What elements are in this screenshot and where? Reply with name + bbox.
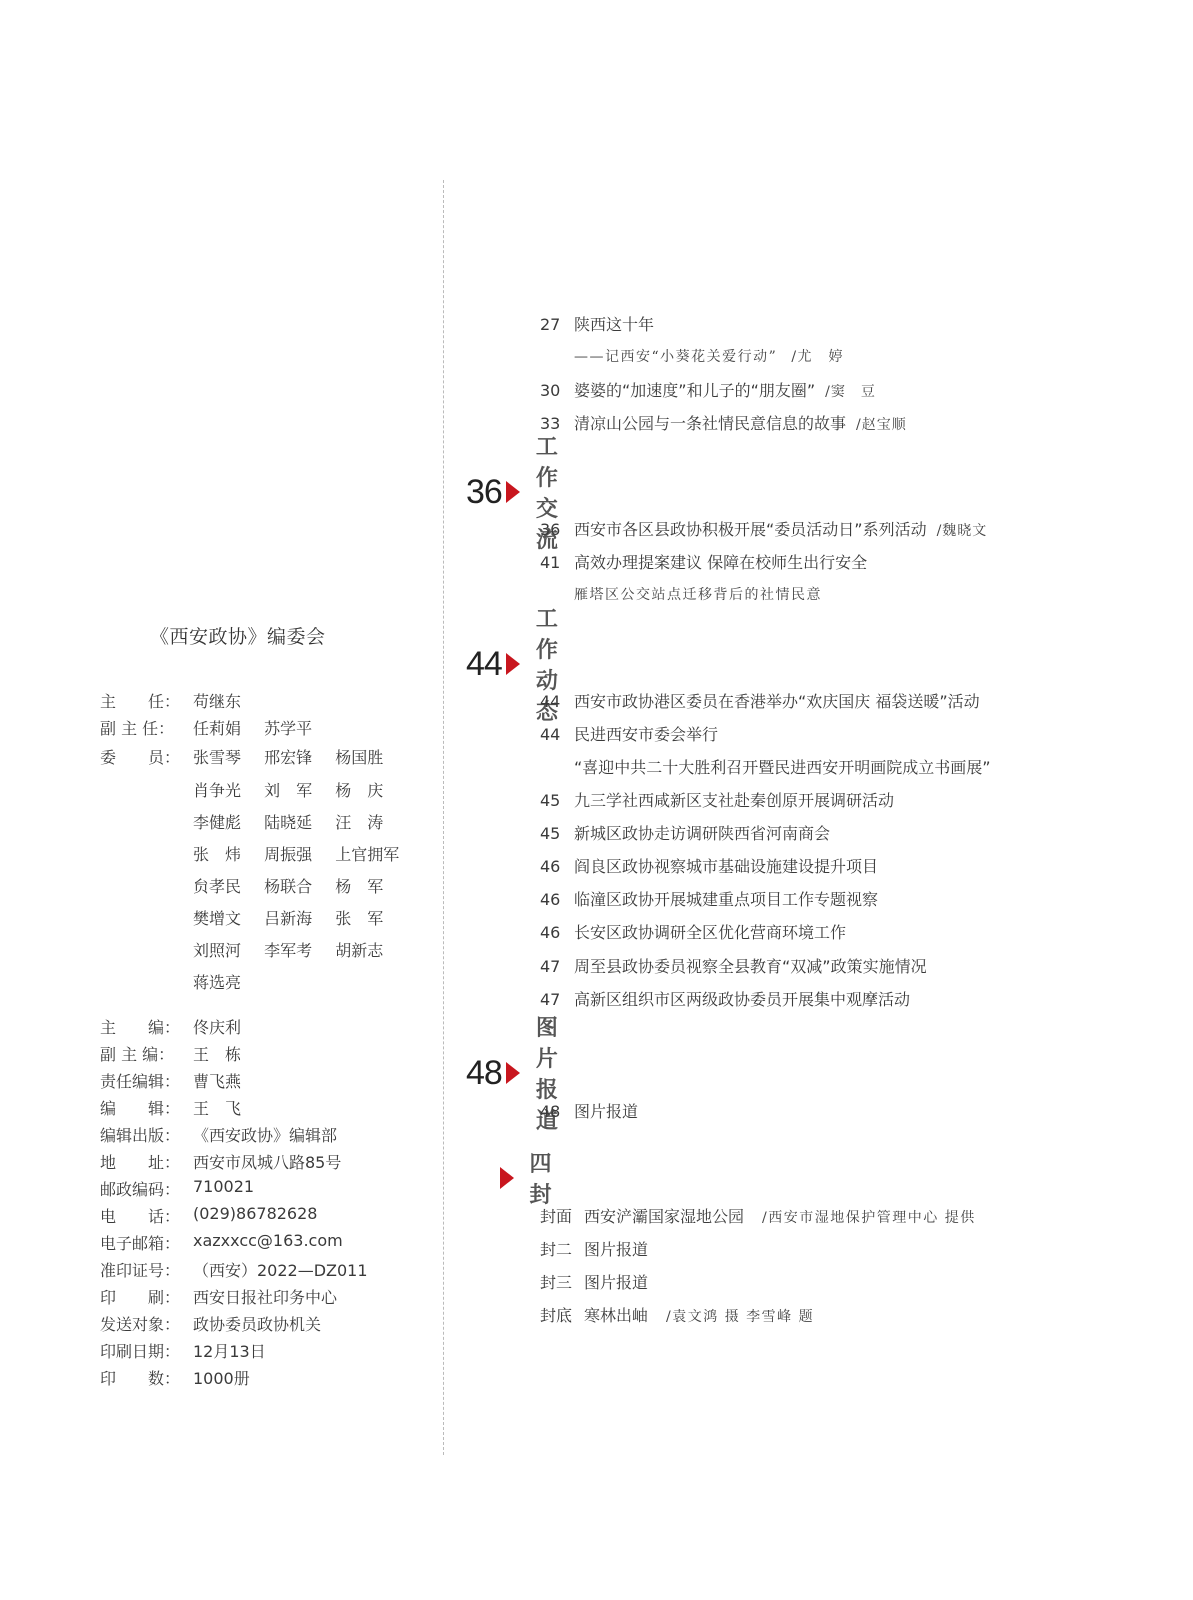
info-value: 《西安政协》编辑部: [193, 1123, 337, 1146]
committee-row: 副 主 任： 任莉娟 苏学平: [100, 716, 330, 739]
info-label: 主 编：: [100, 1015, 193, 1038]
toc-entry[interactable]: 27陕西这十年: [540, 312, 654, 335]
section-header-photo-report[interactable]: 48 图片报道: [466, 1053, 562, 1093]
red-triangle-icon: [506, 653, 520, 675]
page-number: 46: [540, 890, 574, 909]
cover-author: /袁文鸿 摄 李雪峰 题: [666, 1309, 814, 1325]
member-name: 胡新志: [335, 938, 387, 961]
toc-entry[interactable]: 30婆婆的“加速度”和儿子的“朋友圈”/窦 豆: [540, 378, 876, 401]
info-label: 印刷日期：: [100, 1339, 193, 1362]
info-row: 主 编：佟庆利: [100, 1015, 241, 1038]
column-divider: [443, 180, 444, 1455]
member-name: 陆晓延: [264, 810, 316, 833]
subtitle-text: ——记西安“小葵花关爱行动”: [574, 349, 777, 365]
entry-title: 周至县政协委员视察全县教育“双减”政策实施情况: [574, 957, 927, 976]
entry-title: 长安区政协调研全区优化营商环境工作: [574, 923, 846, 942]
cover-entry[interactable]: 封面西安浐灞国家湿地公园/西安市湿地保护管理中心 提供: [540, 1204, 976, 1227]
entry-title: 西安市政协港区委员在香港举办“欢庆国庆 福袋送暖”活动: [574, 692, 980, 711]
info-value: 710021: [193, 1177, 254, 1200]
info-value: 王 栋: [193, 1042, 241, 1065]
toc-entry[interactable]: 46临潼区政协开展城建重点项目工作专题视察: [540, 887, 878, 910]
info-row: 印刷日期：12月13日: [100, 1339, 266, 1362]
member-name: 苏学平: [264, 716, 316, 739]
cover-title: 图片报道: [584, 1273, 648, 1292]
page-number: 46: [540, 857, 574, 876]
committee-row: 李健彪 陆晓延 汪 涛: [100, 810, 401, 833]
committee-row: 刘照河 李军考 胡新志: [100, 938, 401, 961]
toc-entry[interactable]: 47高新区组织市区两级政协委员开展集中观摩活动: [540, 987, 910, 1010]
toc-entry[interactable]: 36西安市各区县政协积极开展“委员活动日”系列活动/魏晓文: [540, 517, 987, 540]
page-number: 48: [540, 1102, 574, 1121]
row-label: 主 任：: [100, 689, 193, 712]
row-label: 副 主 任：: [100, 716, 193, 739]
info-row: 印 数：1000册: [100, 1366, 250, 1389]
toc-entry[interactable]: 45新城区政协走访调研陕西省河南商会: [540, 821, 830, 844]
info-value: 12月13日: [193, 1339, 266, 1362]
entry-author: /魏晓文: [937, 523, 988, 539]
entry-author: /尤 婷: [791, 349, 844, 365]
cover-label: 封二: [540, 1237, 572, 1260]
member-name: 肖争光: [193, 778, 245, 801]
info-row: 副 主 编：王 栋: [100, 1042, 241, 1065]
member-name: 李健彪: [193, 810, 245, 833]
member-name: 蒋选亮: [193, 970, 245, 993]
info-row: 编 辑：王 飞: [100, 1096, 241, 1119]
committee-row: 委 员： 张雪琴 邢宏锋 杨国胜: [100, 745, 401, 768]
entry-title: 图片报道: [574, 1102, 638, 1121]
info-label: 准印证号：: [100, 1258, 193, 1281]
member-name: 邢宏锋: [264, 745, 316, 768]
section-header-work-news[interactable]: 44 工作动态: [466, 644, 562, 684]
red-triangle-icon: [500, 1167, 514, 1189]
toc-entry[interactable]: 46长安区政协调研全区优化营商环境工作: [540, 920, 846, 943]
info-row: 电子邮箱：xazxxcc@163.com: [100, 1231, 343, 1254]
member-name: 贠孝民: [193, 874, 245, 897]
info-row: 印 刷：西安日报社印务中心: [100, 1285, 337, 1308]
page-number: 36: [540, 520, 574, 539]
info-value: 西安日报社印务中心: [193, 1285, 337, 1308]
entry-subtitle: 雁塔区公交站点迁移背后的社情民意: [574, 584, 822, 604]
info-label: 电 话：: [100, 1204, 193, 1227]
entry-title: 民进西安市委会举行: [574, 725, 718, 744]
row-label: [100, 842, 193, 865]
row-label: [100, 874, 193, 897]
info-value: 1000册: [193, 1366, 250, 1389]
toc-entry[interactable]: 44西安市政协港区委员在香港举办“欢庆国庆 福袋送暖”活动: [540, 689, 980, 712]
page-number: 45: [540, 824, 574, 843]
entry-author: /赵宝顺: [856, 417, 907, 433]
entry-subtitle: ——记西安“小葵花关爱行动”/尤 婷: [574, 346, 844, 366]
toc-entry[interactable]: 44民进西安市委会举行: [540, 722, 718, 745]
page-number: 44: [540, 725, 574, 744]
member-name: 上官拥军: [335, 842, 399, 865]
toc-entry[interactable]: 33清凉山公园与一条社情民意信息的故事/赵宝顺: [540, 411, 907, 434]
committee-row: 樊增文 吕新海 张 军: [100, 906, 401, 929]
row-label: [100, 810, 193, 833]
info-label: 电子邮箱：: [100, 1231, 193, 1254]
info-label: 印 刷：: [100, 1285, 193, 1308]
info-label: 责任编辑：: [100, 1069, 193, 1092]
cover-title: 寒林出岫: [584, 1306, 648, 1325]
cover-label: 封底: [540, 1303, 572, 1326]
info-value: 西安市凤城八路85号: [193, 1150, 341, 1173]
info-row: 地 址：西安市凤城八路85号: [100, 1150, 341, 1173]
entry-subtitle: “喜迎中共二十大胜利召开暨民进西安开明画院成立书画展”: [574, 755, 991, 778]
row-label: [100, 970, 193, 993]
cover-entry[interactable]: 封二图片报道: [540, 1237, 648, 1260]
red-triangle-icon: [506, 481, 520, 503]
toc-entry[interactable]: 47周至县政协委员视察全县教育“双减”政策实施情况: [540, 954, 927, 977]
committee-row: 贠孝民 杨联合 杨 军: [100, 874, 401, 897]
info-row: 责任编辑：曹飞燕: [100, 1069, 241, 1092]
entry-title: 阎良区政协视察城市基础设施建设提升项目: [574, 857, 878, 876]
entry-title: 陕西这十年: [574, 315, 654, 334]
entry-title: 婆婆的“加速度”和儿子的“朋友圈”: [574, 381, 815, 400]
row-label: 委 员：: [100, 745, 193, 768]
member-name: 李军考: [264, 938, 316, 961]
member-name: 杨 庆: [335, 778, 387, 801]
info-label: 发送对象：: [100, 1312, 193, 1335]
toc-entry[interactable]: 45九三学社西咸新区支社赴秦创原开展调研活动: [540, 788, 894, 811]
info-label: 编辑出版：: [100, 1123, 193, 1146]
committee-row: 蒋选亮: [100, 970, 259, 993]
member-name: 任莉娟: [193, 716, 245, 739]
page-number: 41: [540, 553, 574, 572]
info-row: 发送对象：政协委员政协机关: [100, 1312, 321, 1335]
cover-entry[interactable]: 封三图片报道: [540, 1270, 648, 1293]
info-label: 地 址：: [100, 1150, 193, 1173]
entry-title: 临潼区政协开展城建重点项目工作专题视察: [574, 890, 878, 909]
committee-row: 肖争光 刘 军 杨 庆: [100, 778, 401, 801]
cover-title: 图片报道: [584, 1240, 648, 1259]
info-row: 编辑出版：《西安政协》编辑部: [100, 1123, 337, 1146]
page-number: 46: [540, 923, 574, 942]
toc-entry[interactable]: 41高效办理提案建议 保障在校师生出行安全: [540, 550, 867, 573]
info-value: 佟庆利: [193, 1015, 241, 1038]
info-label: 邮政编码：: [100, 1177, 193, 1200]
entry-title: 九三学社西咸新区支社赴秦创原开展调研活动: [574, 791, 894, 810]
member-name: 刘 军: [264, 778, 316, 801]
section-header-covers[interactable]: 四封: [466, 1158, 562, 1198]
entry-title: 清凉山公园与一条社情民意信息的故事: [574, 414, 846, 433]
section-number: 44: [466, 645, 502, 684]
info-label: 印 数：: [100, 1366, 193, 1389]
info-row: 邮政编码：710021: [100, 1177, 254, 1200]
entry-title: 新城区政协走访调研陕西省河南商会: [574, 824, 830, 843]
cover-title: 西安浐灞国家湿地公园: [584, 1207, 744, 1226]
masthead-title: 《西安政协》编委会: [150, 622, 326, 649]
toc-entry[interactable]: 46阎良区政协视察城市基础设施建设提升项目: [540, 854, 878, 877]
page-number: 44: [540, 692, 574, 711]
info-value: 政协委员政协机关: [193, 1312, 321, 1335]
info-row: 电 话：(029)86782628: [100, 1204, 317, 1227]
section-header-work-exchange[interactable]: 36 工作交流: [466, 472, 562, 512]
section-title: 四封: [530, 1147, 562, 1209]
cover-label: 封面: [540, 1204, 572, 1227]
red-triangle-icon: [506, 1062, 520, 1084]
section-number: 36: [466, 473, 502, 512]
member-name: 张 军: [335, 906, 387, 929]
entry-title: 西安市各区县政协积极开展“委员活动日”系列活动: [574, 520, 927, 539]
cover-label: 封三: [540, 1270, 572, 1293]
member-name: 杨国胜: [335, 745, 387, 768]
toc-entry[interactable]: 48图片报道: [540, 1099, 638, 1122]
committee-row: 主 任： 苟继东: [100, 689, 259, 712]
committee-row: 张 炜 周振强 上官拥军: [100, 842, 413, 865]
info-label: 副 主 编：: [100, 1042, 193, 1065]
cover-entry[interactable]: 封底寒林出岫/袁文鸿 摄 李雪峰 题: [540, 1303, 814, 1326]
entry-title: 高效办理提案建议 保障在校师生出行安全: [574, 553, 867, 572]
member-name: 周振强: [264, 842, 316, 865]
page-number: 27: [540, 315, 574, 334]
page-number: 30: [540, 381, 574, 400]
page-number: 47: [540, 957, 574, 976]
row-label: [100, 938, 193, 961]
member-name: 张雪琴: [193, 745, 245, 768]
member-name: 汪 涛: [335, 810, 387, 833]
entry-author: /窦 豆: [825, 384, 876, 400]
cover-author: /西安市湿地保护管理中心 提供: [762, 1210, 976, 1226]
info-value: （西安）2022—DZ011: [193, 1258, 368, 1281]
member-name: 樊增文: [193, 906, 245, 929]
info-row: 准印证号：（西安）2022—DZ011: [100, 1258, 368, 1281]
member-name: 苟继东: [193, 689, 245, 712]
row-label: [100, 778, 193, 801]
member-name: 杨 军: [335, 874, 387, 897]
info-label: 编 辑：: [100, 1096, 193, 1119]
info-value: (029)86782628: [193, 1204, 317, 1227]
member-name: 吕新海: [264, 906, 316, 929]
member-name: 张 炜: [193, 842, 245, 865]
info-value: 曹飞燕: [193, 1069, 241, 1092]
email-value: xazxxcc@163.com: [193, 1231, 343, 1254]
section-number: 48: [466, 1054, 502, 1093]
info-value: 王 飞: [193, 1096, 241, 1119]
member-name: 杨联合: [264, 874, 316, 897]
row-label: [100, 906, 193, 929]
page-number: 45: [540, 791, 574, 810]
member-name: 刘照河: [193, 938, 245, 961]
entry-title: 高新区组织市区两级政协委员开展集中观摩活动: [574, 990, 910, 1009]
page-number: 47: [540, 990, 574, 1009]
